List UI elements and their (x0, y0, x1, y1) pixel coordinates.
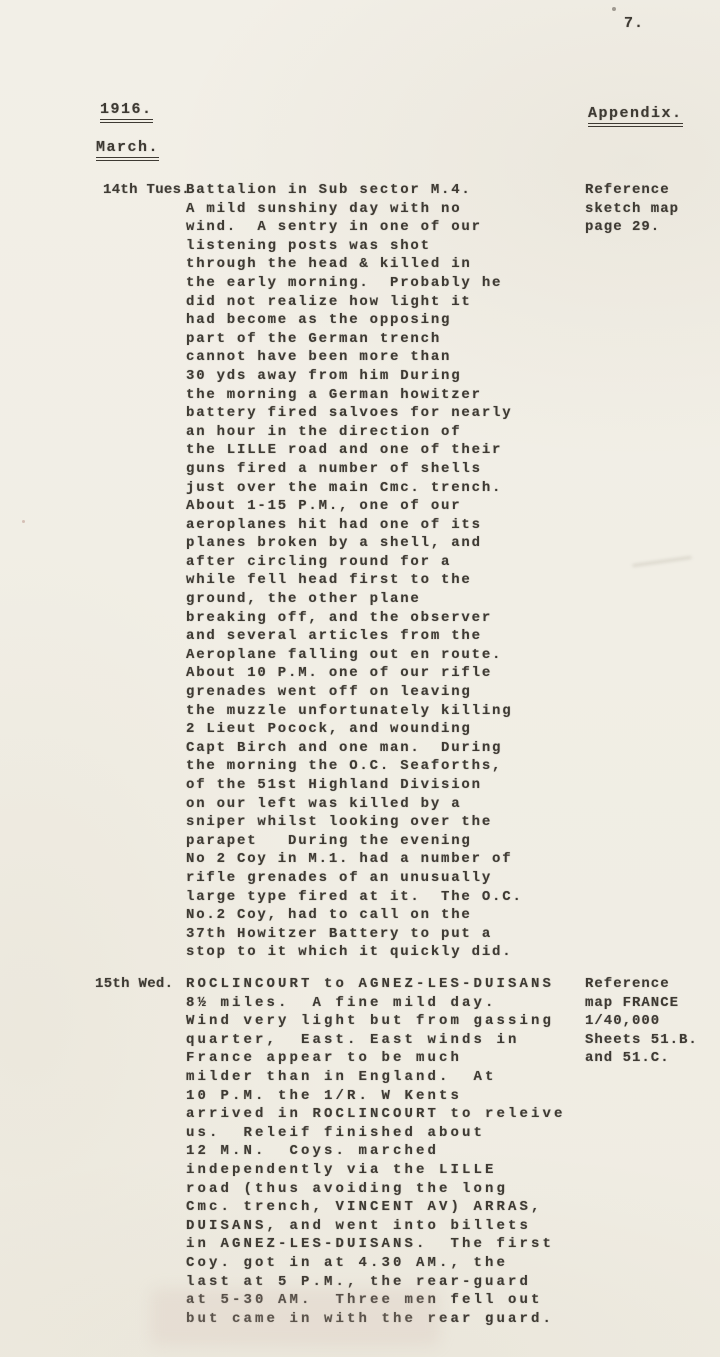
page-number: 7. (624, 15, 644, 32)
entry-body: ROCLINCOURT to AGNEZ-LES-DUISANS 8½ mile… (186, 975, 586, 1328)
year-heading: 1916. (100, 101, 153, 123)
entry-date: 14th Tues. (103, 182, 190, 198)
month-heading-wrap: March. (96, 138, 159, 161)
scanned-diary-page: 7. 1916. Appendix. March. 14th Tues. Bat… (0, 0, 720, 1357)
year-heading-wrap: 1916. (100, 100, 153, 123)
diary-entry-15th: 15th Wed. ROCLINCOURT to AGNEZ-LES-DUISA… (0, 975, 720, 1335)
appendix-heading: Appendix. (588, 105, 683, 127)
entry-reference: Reference map FRANCE 1/40,000 Sheets 51.… (585, 975, 719, 1068)
entry-body: Battalion in Sub sector M.4. A mild suns… (186, 181, 588, 962)
entry-date: 15th Wed. (95, 976, 173, 992)
paper-speck (612, 7, 616, 11)
appendix-heading-wrap: Appendix. (588, 104, 683, 127)
entry-reference: Reference sketch map page 29. (585, 181, 719, 237)
month-heading: March. (96, 139, 159, 161)
paper-smudge (150, 1288, 440, 1346)
paper-speck (22, 520, 25, 523)
diary-entry-14th: 14th Tues. Battalion in Sub sector M.4. … (0, 181, 720, 971)
